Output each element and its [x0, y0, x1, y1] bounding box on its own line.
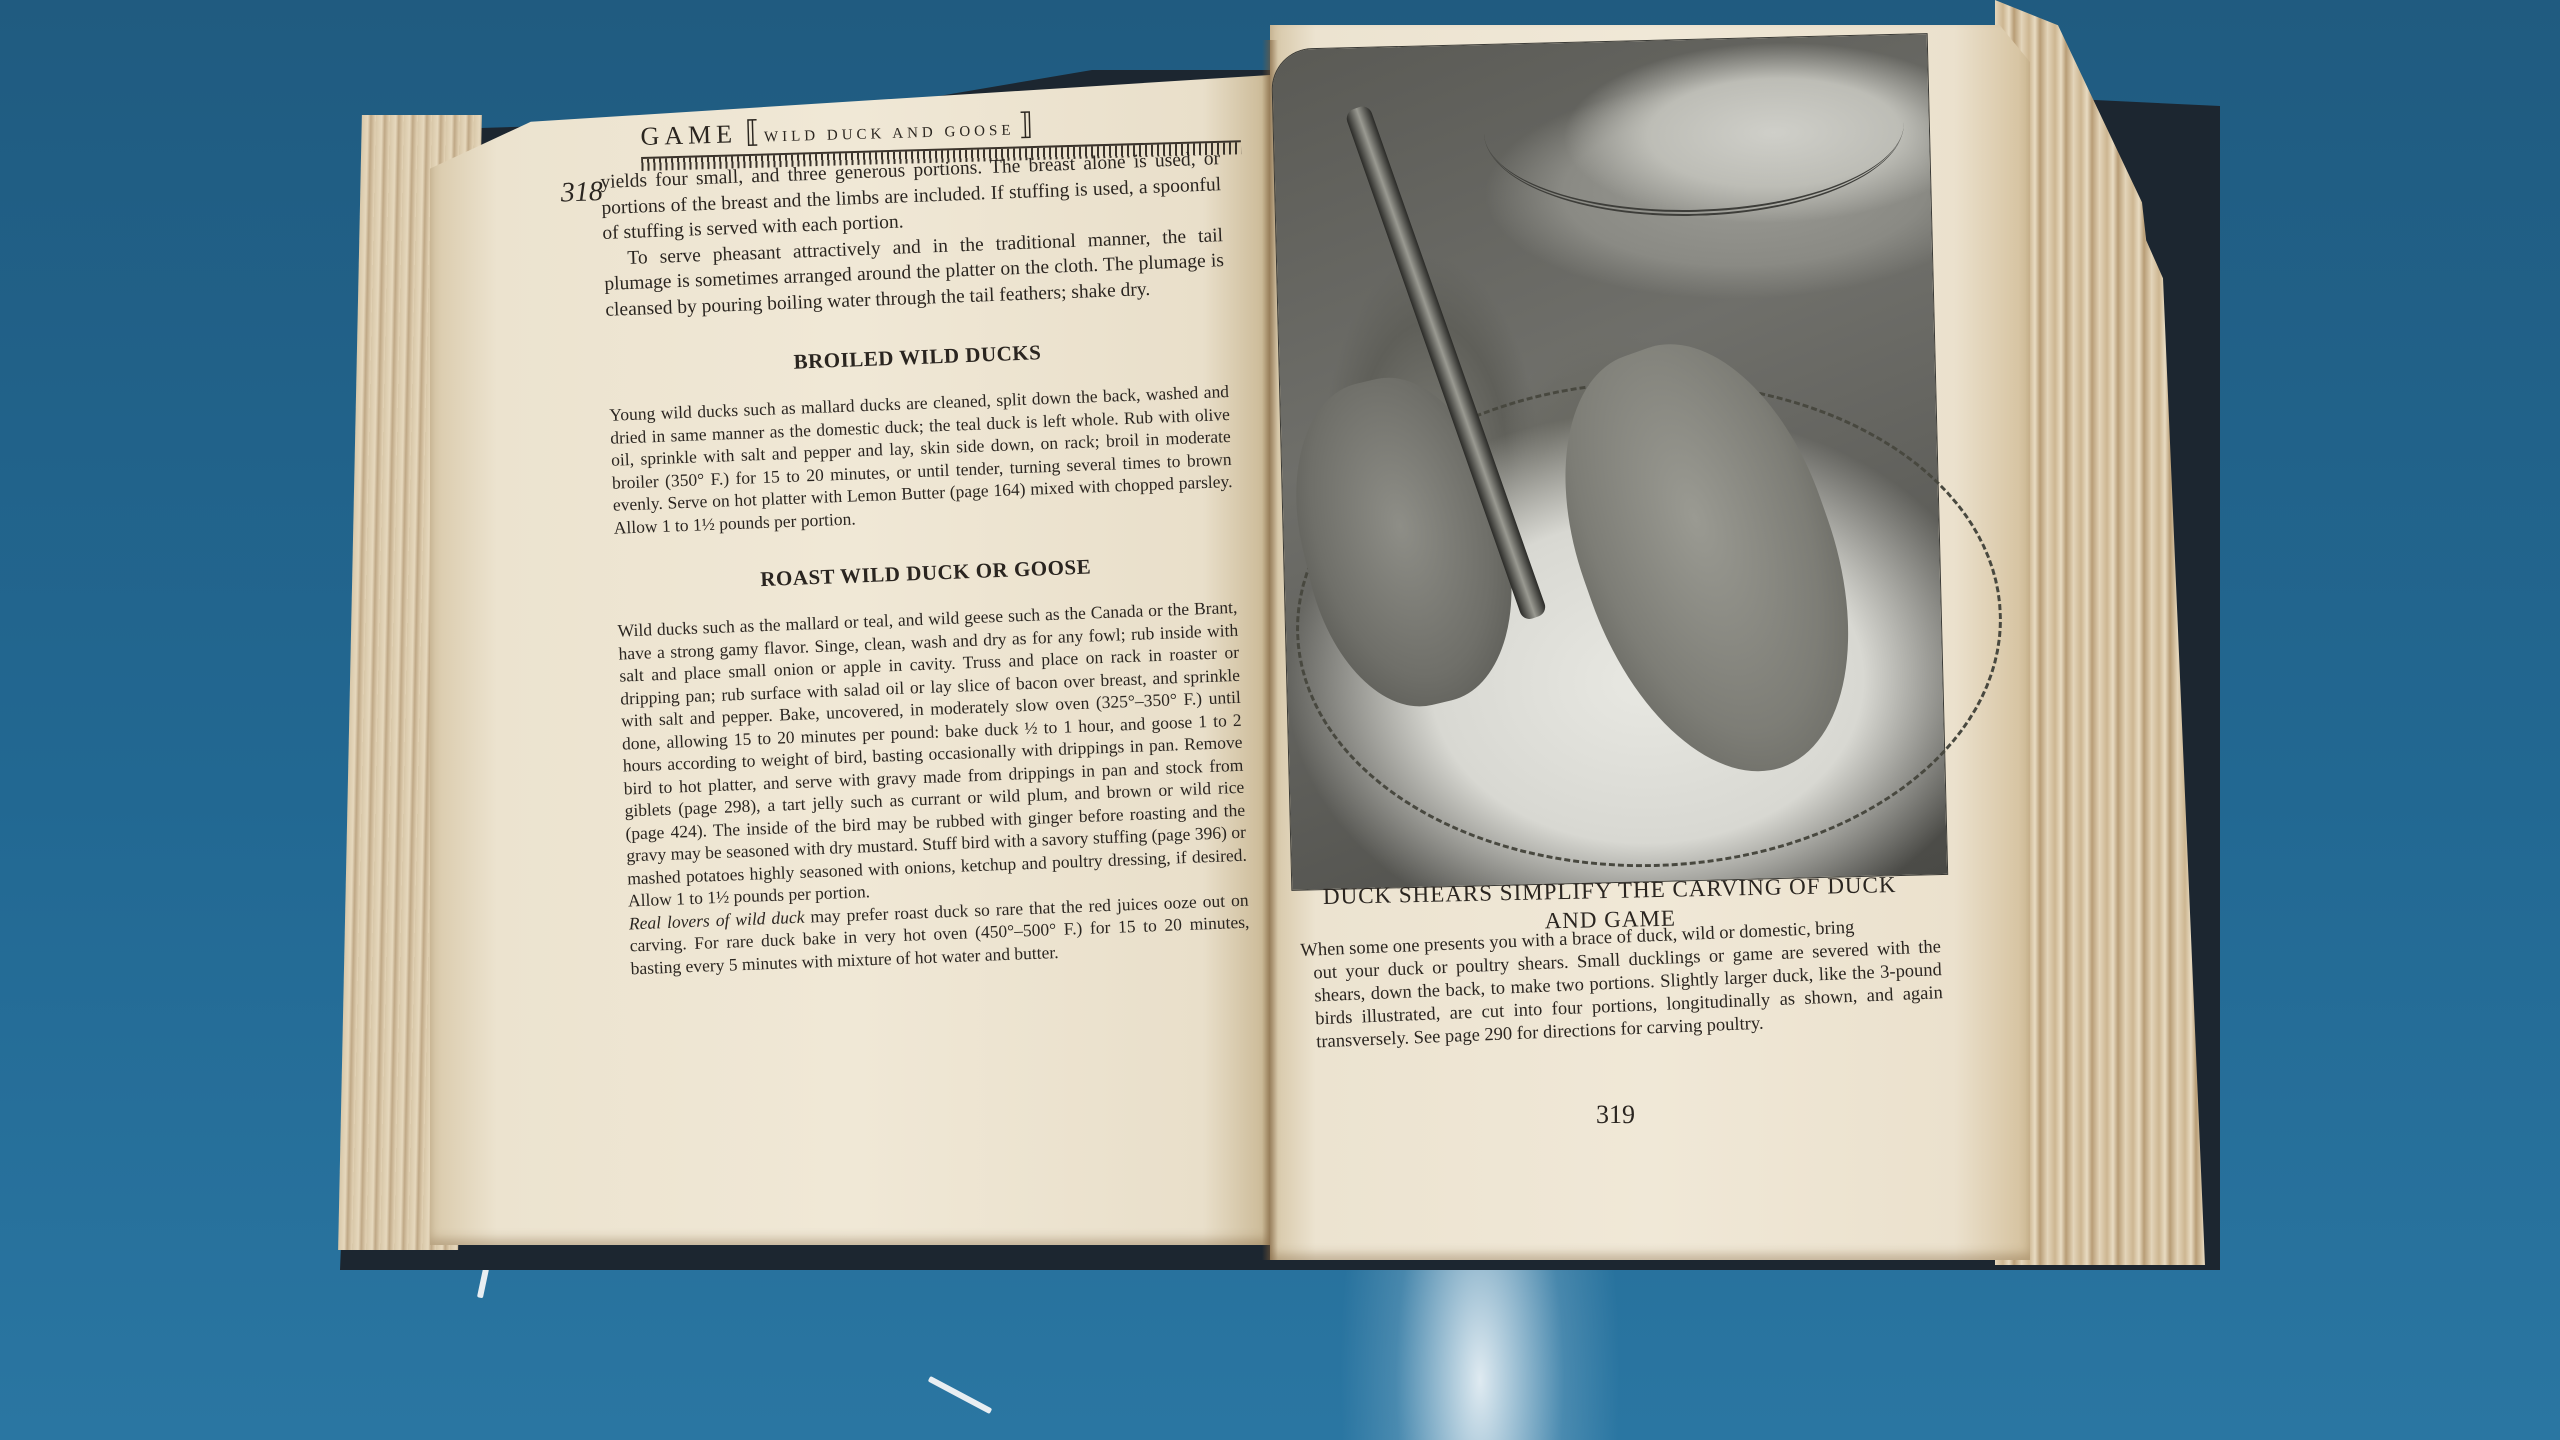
- bracket-open-glyph: ⟦: [745, 116, 761, 149]
- recipe-title-roast-wild-duck-or-goose: ROAST WILD DUCK OR GOOSE: [615, 549, 1236, 598]
- page-number-left: 318: [560, 176, 603, 210]
- page-number-right: 319: [1596, 1100, 1635, 1130]
- left-page-body: 318 yields four small, and three generou…: [600, 146, 1251, 979]
- bracket-close-glyph: ⟧: [1018, 108, 1034, 141]
- recipe-body: Young wild ducks such as mallard ducks a…: [609, 380, 1234, 539]
- recipe-body: Wild ducks such as the mallard or teal, …: [617, 596, 1248, 912]
- recipe-title-broiled-wild-ducks: BROILED WILD DUCKS: [607, 333, 1228, 382]
- duck-platter-photo: [1272, 34, 1947, 890]
- running-head-subsection: WILD DUCK AND GOOSE: [764, 123, 1015, 146]
- running-head-section: GAME: [640, 119, 737, 151]
- stacked-plates-image: [1482, 35, 1906, 221]
